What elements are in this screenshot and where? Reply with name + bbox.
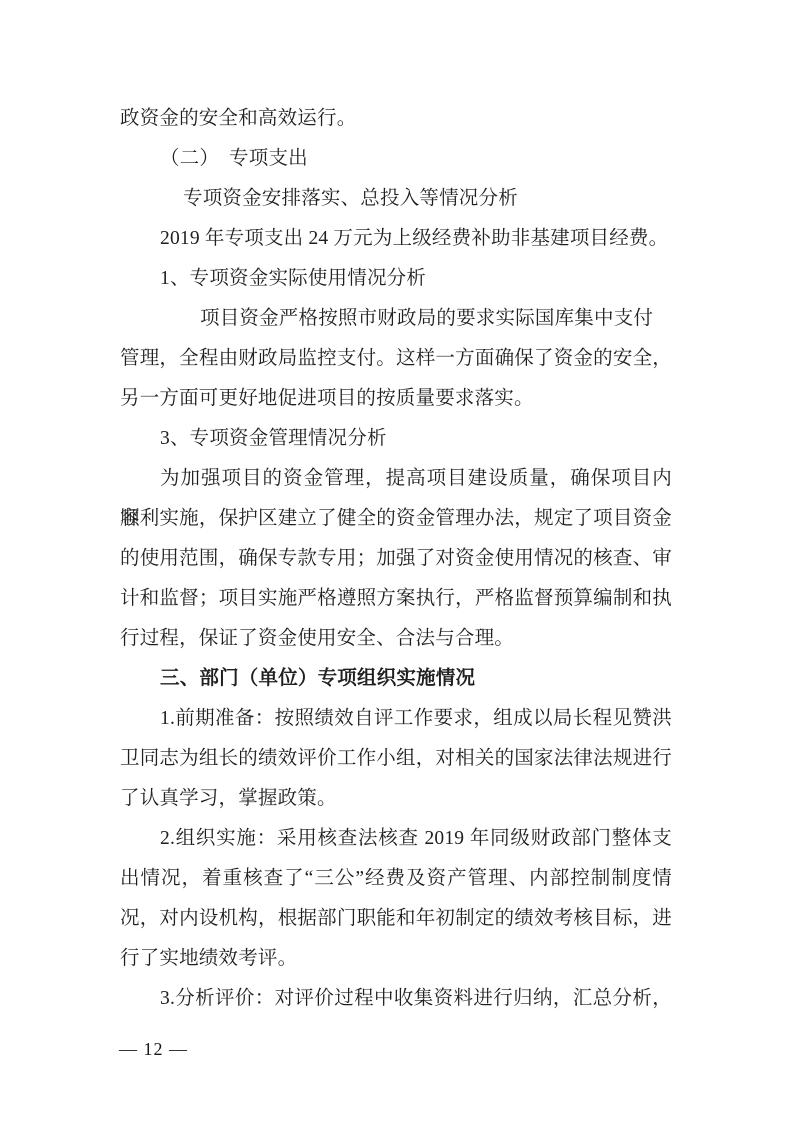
body-text-line: 1.前期准备：按照绩效自评工作要求，组成以局长程见赞洪: [120, 699, 672, 739]
page-number: — 12 —: [119, 1036, 188, 1062]
document-body: 政资金的安全和高效运行。 （二） 专项支出 专项资金安排落实、总投入等情况分析 …: [120, 99, 672, 1019]
body-text-line: 另一方面可更好地促进项目的按质量要求落实。: [120, 379, 672, 419]
numbered-item-1-heading: 1、专项资金实际使用情况分析: [120, 259, 672, 299]
document-page: 政资金的安全和高效运行。 （二） 专项支出 专项资金安排落实、总投入等情况分析 …: [0, 0, 793, 1122]
body-text-line: 况，对内设机构，根据部门职能和年初制定的绩效考核目标，进: [120, 899, 672, 939]
body-text-line: 项目资金严格按照市财政局的要求实际国库集中支付: [120, 299, 672, 339]
body-text-line: 的使用范围，确保专款专用；加强了对资金使用情况的核查、审: [120, 539, 672, 579]
section-3-heading: 三、部门（单位）专项组织实施情况: [120, 659, 672, 699]
body-text-line: 政资金的安全和高效运行。: [120, 99, 672, 139]
analysis-subtitle: 专项资金安排落实、总投入等情况分析: [120, 179, 672, 219]
body-text-line: 行过程，保证了资金使用安全、合法与合理。: [120, 619, 672, 659]
body-text-line: 为加强项目的资金管理，提高项目建设质量，确保项目内容: [120, 459, 672, 499]
subsection-2-heading: （二） 专项支出: [120, 139, 672, 179]
body-text-line: 计和监督；项目实施严格遵照方案执行，严格监督预算编制和执: [120, 579, 672, 619]
numbered-item-3-heading: 3、专项资金管理情况分析: [120, 419, 672, 459]
body-text-line: 卫同志为组长的绩效评价工作小组，对相关的国家法律法规进行: [120, 739, 672, 779]
body-text-line: 2.组织实施：采用核查法核查 2019 年同级财政部门整体支: [120, 819, 672, 859]
body-text-line: 管理，全程由财政局监控支付。这样一方面确保了资金的安全，: [120, 339, 672, 379]
body-text-line: 顺利实施，保护区建立了健全的资金管理办法，规定了项目资金: [120, 499, 672, 539]
body-text-line: 3.分析评价：对评价过程中收集资料进行归纳，汇总分析，: [120, 979, 672, 1019]
body-text-line: 出情况，着重核查了“三公”经费及资产管理、内部控制制度情: [120, 859, 672, 899]
body-text-line: 2019 年专项支出 24 万元为上级经费补助非基建项目经费。: [120, 219, 672, 259]
body-text-line: 行了实地绩效考评。: [120, 939, 672, 979]
body-text-line: 了认真学习，掌握政策。: [120, 779, 672, 819]
